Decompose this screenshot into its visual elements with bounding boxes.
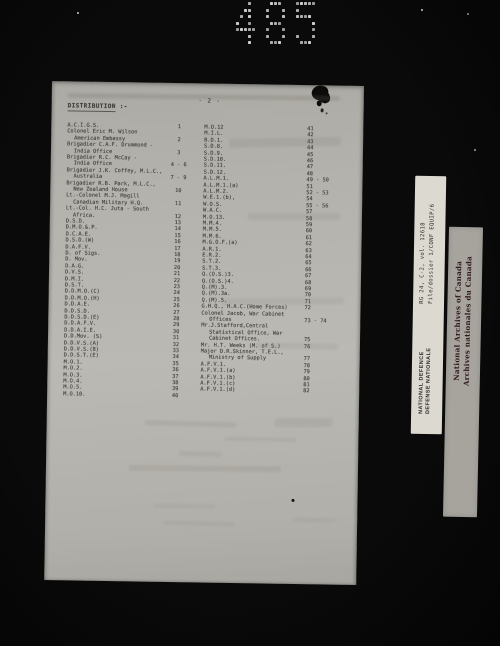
smudge: [256, 342, 338, 349]
bleed-through-mark: [129, 465, 281, 472]
cell-copy-number: [160, 194, 196, 195]
counter-dot: [248, 2, 251, 5]
counter-dot: [270, 22, 273, 25]
counter-dot: [266, 15, 269, 18]
film-speck: [77, 12, 79, 14]
counter-digit: [236, 2, 255, 48]
counter-dot: [266, 35, 269, 38]
counter-dot: [308, 2, 311, 5]
counter-dot: [236, 22, 239, 25]
counter-dot: [240, 28, 243, 31]
document-paper: - 2 - DISTRIBUTION :- A.C.I.G.S.1M.O.124…: [44, 81, 364, 585]
counter-dot: [312, 2, 315, 5]
counter-dot: [312, 35, 315, 38]
cell-copy-number: 40: [157, 393, 193, 400]
film-speck: [467, 13, 469, 15]
bleed-through-mark: [224, 437, 296, 442]
counter-dot: [244, 28, 247, 31]
counter-dot: [274, 22, 277, 25]
counter-dot: [244, 9, 247, 12]
film-speck: [421, 9, 423, 11]
counter-dot: [278, 2, 281, 5]
distribution-heading-suffix: :-: [116, 103, 128, 110]
counter-dot: [248, 41, 251, 44]
counter-dot: [296, 9, 299, 12]
file-reference-label: RG 24, C-2, vol. 12618 File/dossier 1/CO…: [411, 176, 446, 435]
distribution-heading: DISTRIBUTION :-: [68, 102, 128, 111]
counter-dot: [274, 41, 277, 44]
counter-dot: [282, 9, 285, 12]
counter-dot: [282, 15, 285, 18]
cell-copy-number: [161, 130, 197, 131]
ink-speck: [291, 499, 294, 502]
counter-dot: [312, 22, 315, 25]
counter-dot: [300, 15, 303, 18]
smudge: [248, 213, 340, 220]
counter-dot: [248, 22, 251, 25]
counter-dot: [248, 35, 251, 38]
cell-copy-number: [160, 181, 196, 182]
bleed-through-mark: [153, 504, 215, 509]
counter-dot: [282, 28, 285, 31]
cell-copy-number: [161, 143, 197, 144]
counter-dot: [308, 41, 311, 44]
distribution-heading-text: DISTRIBUTION: [68, 102, 116, 111]
bleed-through-mark: [275, 418, 333, 427]
bleed-through-mark: [163, 521, 235, 527]
counter-dot: [304, 15, 307, 18]
cell-copy-number: [160, 207, 196, 208]
counter-dot: [300, 2, 303, 5]
file-reference-line2: File/dossier 1/CONF EQUIP/6: [427, 182, 438, 304]
archives-text: National Archives of Canada Archives nat…: [452, 255, 477, 387]
bleed-through-mark: [145, 420, 237, 427]
counter-dot: [300, 41, 303, 44]
smudge: [222, 297, 344, 305]
counter-digit: [266, 2, 285, 48]
counter-dot: [266, 28, 269, 31]
counter-dot: [248, 9, 251, 12]
cell-name: M.O.10.: [63, 391, 85, 398]
counter-dot: [282, 35, 285, 38]
file-reference-text: RG 24, C-2, vol. 12618 File/dossier 1/CO…: [418, 182, 442, 304]
page-counter-display: [236, 2, 326, 50]
counter-dot: [304, 41, 307, 44]
archives-line-fr: Archives nationales du Canada: [462, 255, 475, 387]
counter-dot: [270, 2, 273, 5]
counter-dot: [296, 2, 299, 5]
film-speck: [474, 149, 476, 151]
counter-dot: [266, 9, 269, 12]
counter-dot: [274, 2, 277, 5]
counter-dot: [278, 22, 281, 25]
counter-dot: [304, 2, 307, 5]
cell-copy-number: [161, 156, 197, 157]
counter-dot: [240, 15, 243, 18]
cell-copy-number: [161, 169, 197, 170]
bleed-through-mark: [293, 518, 335, 523]
counter-dot: [252, 28, 255, 31]
counter-dot: [278, 41, 281, 44]
counter-dot: [270, 41, 273, 44]
counter-dot: [236, 28, 239, 31]
counter-dot: [312, 28, 315, 31]
archives-label: National Archives of Canada Archives nat…: [443, 227, 483, 518]
counter-dot: [296, 35, 299, 38]
counter-digit: [296, 2, 315, 48]
department-line2: DEFENSE NATIONALE: [426, 340, 435, 414]
counter-dot: [308, 15, 311, 18]
counter-dot: [248, 28, 251, 31]
counter-dot: [296, 15, 299, 18]
bleed-through-mark: [179, 451, 221, 457]
counter-dot: [248, 15, 251, 18]
distribution-table: A.C.I.G.S.1M.O.1241Colonel Eric M. Wilso…: [51, 122, 363, 127]
microfilm-frame: - 2 - DISTRIBUTION :- A.C.I.G.S.1M.O.124…: [0, 0, 500, 646]
national-defence-text: NATIONAL DEFENCE DEFENSE NATIONALE: [418, 340, 434, 414]
